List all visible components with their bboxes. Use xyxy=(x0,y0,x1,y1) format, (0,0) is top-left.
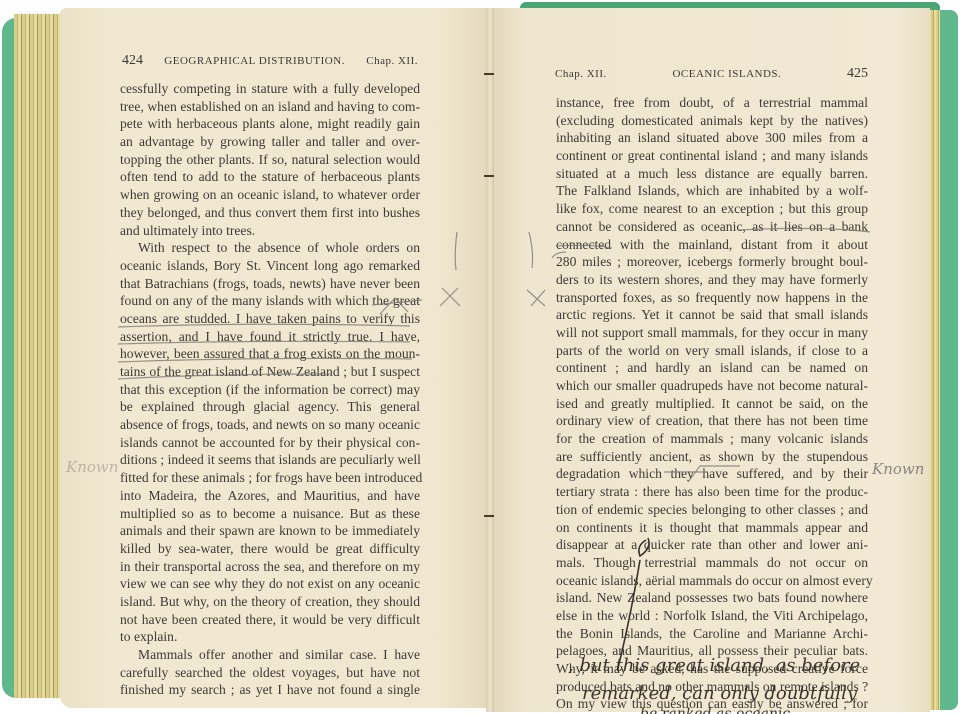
text-line: situated at a much less distance are equ… xyxy=(556,165,868,183)
text-line: killed by sea-water, there would be grea… xyxy=(120,540,420,558)
text-line: topping the other plants. If so, natural… xyxy=(120,151,420,169)
text-line: will not support small mammals, for they… xyxy=(556,324,868,342)
open-book: 424 GEOGRAPHICAL DISTRIBUTION. Chap. XII… xyxy=(0,0,960,714)
text-line: they belonged, and thus convert them fir… xyxy=(120,204,420,222)
text-line: when growing on an oceanic island, to wh… xyxy=(120,186,420,204)
text-line: disappear at a quicker rate than other a… xyxy=(556,536,868,554)
text-line: on continents it is thought that mammals… xyxy=(556,519,868,537)
text-line: in their transportal across the sea, and… xyxy=(120,558,420,576)
text-line: continent or great continental island ; … xyxy=(556,147,868,165)
text-line: be explained through glacial agency. Thi… xyxy=(120,398,420,416)
text-line: like fox, come nearest to an exception ;… xyxy=(556,200,868,218)
text-line: finished my search ; as yet I have not f… xyxy=(120,681,420,699)
text-line: inhabiting an island situated above 300 … xyxy=(556,129,868,147)
text-line: mals. Though terrestrial mammals do not … xyxy=(556,554,868,572)
text-line: and ultimately into trees. xyxy=(120,222,420,240)
page-number: 425 xyxy=(847,66,868,82)
text-line: (excluding domesticated animals kept by … xyxy=(556,112,868,130)
text-line: ditions ; indeed it seems that islands a… xyxy=(120,451,420,469)
text-line: oceanic islands, aërial mammals do occur… xyxy=(556,572,868,590)
chapter-label: Chap. XII. xyxy=(555,68,607,80)
binding-thread-mark xyxy=(484,73,494,75)
text-line: often tend to add to the stature of herb… xyxy=(120,168,420,186)
running-title: GEOGRAPHICAL DISTRIBUTION. xyxy=(164,55,345,67)
text-line: 280 miles ; moreover, icebergs formerly … xyxy=(556,253,868,271)
text-line: continent ; and hardly an island can be … xyxy=(556,359,868,377)
text-line: not have been created there, it would be… xyxy=(120,611,420,629)
text-line: absence of frogs, toads, and newts on so… xyxy=(120,416,420,434)
text-line: the Bonin Islands, the Caroline and Mari… xyxy=(556,625,868,643)
left-running-head: 424 GEOGRAPHICAL DISTRIBUTION. Chap. XII… xyxy=(122,53,418,69)
text-line: view we can see why they do not exist on… xyxy=(120,575,420,593)
text-line: ordinary view of creation, that there ha… xyxy=(556,412,868,430)
text-line: arctic regions. Yet it cannot be said th… xyxy=(556,306,868,324)
text-line: fitted for these animals ; for frogs hav… xyxy=(120,469,420,487)
left-page-edges xyxy=(14,14,66,698)
text-line: tertiary strata : there has also been ti… xyxy=(556,483,868,501)
text-line: connected with the mainland, distant fro… xyxy=(556,236,868,254)
text-line: transported foxes, as so frequently now … xyxy=(556,289,868,307)
text-line: which our smaller quadrupeds have not be… xyxy=(556,377,868,395)
right-page-text: instance, free from doubt, of a terrestr… xyxy=(556,94,868,713)
margin-note: Known xyxy=(872,460,924,478)
handwritten-insertion-line: , but this great island, as before xyxy=(568,655,860,676)
text-line: cessfully competing in stature with a fu… xyxy=(120,80,420,98)
right-running-head: Chap. XII. OCEANIC ISLANDS. 425 xyxy=(555,66,868,82)
binding-thread-mark xyxy=(484,515,494,517)
text-line: ised and greatly multiplied. It cannot b… xyxy=(556,395,868,413)
text-line: Mammals offer another and similar case. … xyxy=(120,646,420,664)
text-line: ders to its western shores, and they may… xyxy=(556,271,868,289)
text-line: tains of the great island of New Zealand… xyxy=(120,363,420,381)
handwritten-insertion-line: remarked, can only doubtfully xyxy=(582,683,857,704)
handwritten-insertion-line: be ranked as oceanic. xyxy=(640,706,795,714)
text-line: into Madeira, the Azores, and Mauritius,… xyxy=(120,487,420,505)
text-line: tion of endemic species belonging to oth… xyxy=(556,501,868,519)
text-line: to explain. xyxy=(120,628,420,646)
margin-note: Known xyxy=(66,458,118,476)
text-line: an advantage by growing taller and talle… xyxy=(120,133,420,151)
text-line: island. New Zealand possesses two bats f… xyxy=(556,589,868,607)
text-line: for the creation of mammals ; many volca… xyxy=(556,430,868,448)
text-line: are sufficiently ancient, as shown by th… xyxy=(556,448,868,466)
left-page-text: cessfully competing in stature with a fu… xyxy=(120,80,420,699)
text-line: tree, when established on an island and … xyxy=(120,98,420,116)
text-line: instance, free from doubt, of a terrestr… xyxy=(556,94,868,112)
text-line: found on any of the many islands with wh… xyxy=(120,292,420,310)
text-line: oceans are studded. I have taken pains t… xyxy=(120,310,420,328)
text-line: cannot be considered as oceanic, as it l… xyxy=(556,218,868,236)
text-line: assertion, and I have found it strictly … xyxy=(120,328,420,346)
text-line: islands cannot be accounted for by their… xyxy=(120,434,420,452)
text-line: that Batrachians (frogs, toads, newts) h… xyxy=(120,275,420,293)
text-line: else in the world : Norfolk Island, the … xyxy=(556,607,868,625)
chapter-label: Chap. XII. xyxy=(366,55,418,67)
text-line: that this exception (if the information … xyxy=(120,381,420,399)
page-number: 424 xyxy=(122,53,143,69)
running-title: OCEANIC ISLANDS. xyxy=(672,68,781,80)
text-line: parts of the world on very small islands… xyxy=(556,342,868,360)
text-line: With respect to the absence of whole ord… xyxy=(120,239,420,257)
text-line: multiplied so as to become a nuisance. B… xyxy=(120,505,420,523)
book-gutter xyxy=(486,8,494,712)
text-line: island. But why, on the theory of creati… xyxy=(120,593,420,611)
text-line: degradation which they have suffered, an… xyxy=(556,465,868,483)
text-line: The Falkland Islands, which are inhabite… xyxy=(556,182,868,200)
text-line: carefully searched the oldest voyages, b… xyxy=(120,664,420,682)
text-line: animals and their spawn are known to be … xyxy=(120,522,420,540)
binding-thread-mark xyxy=(484,175,494,177)
text-line: pete with herbaceous plants alone, might… xyxy=(120,115,420,133)
text-line: however, been assured that a frog exists… xyxy=(120,345,420,363)
text-line: oceanic islands, Bory St. Vincent long a… xyxy=(120,257,420,275)
